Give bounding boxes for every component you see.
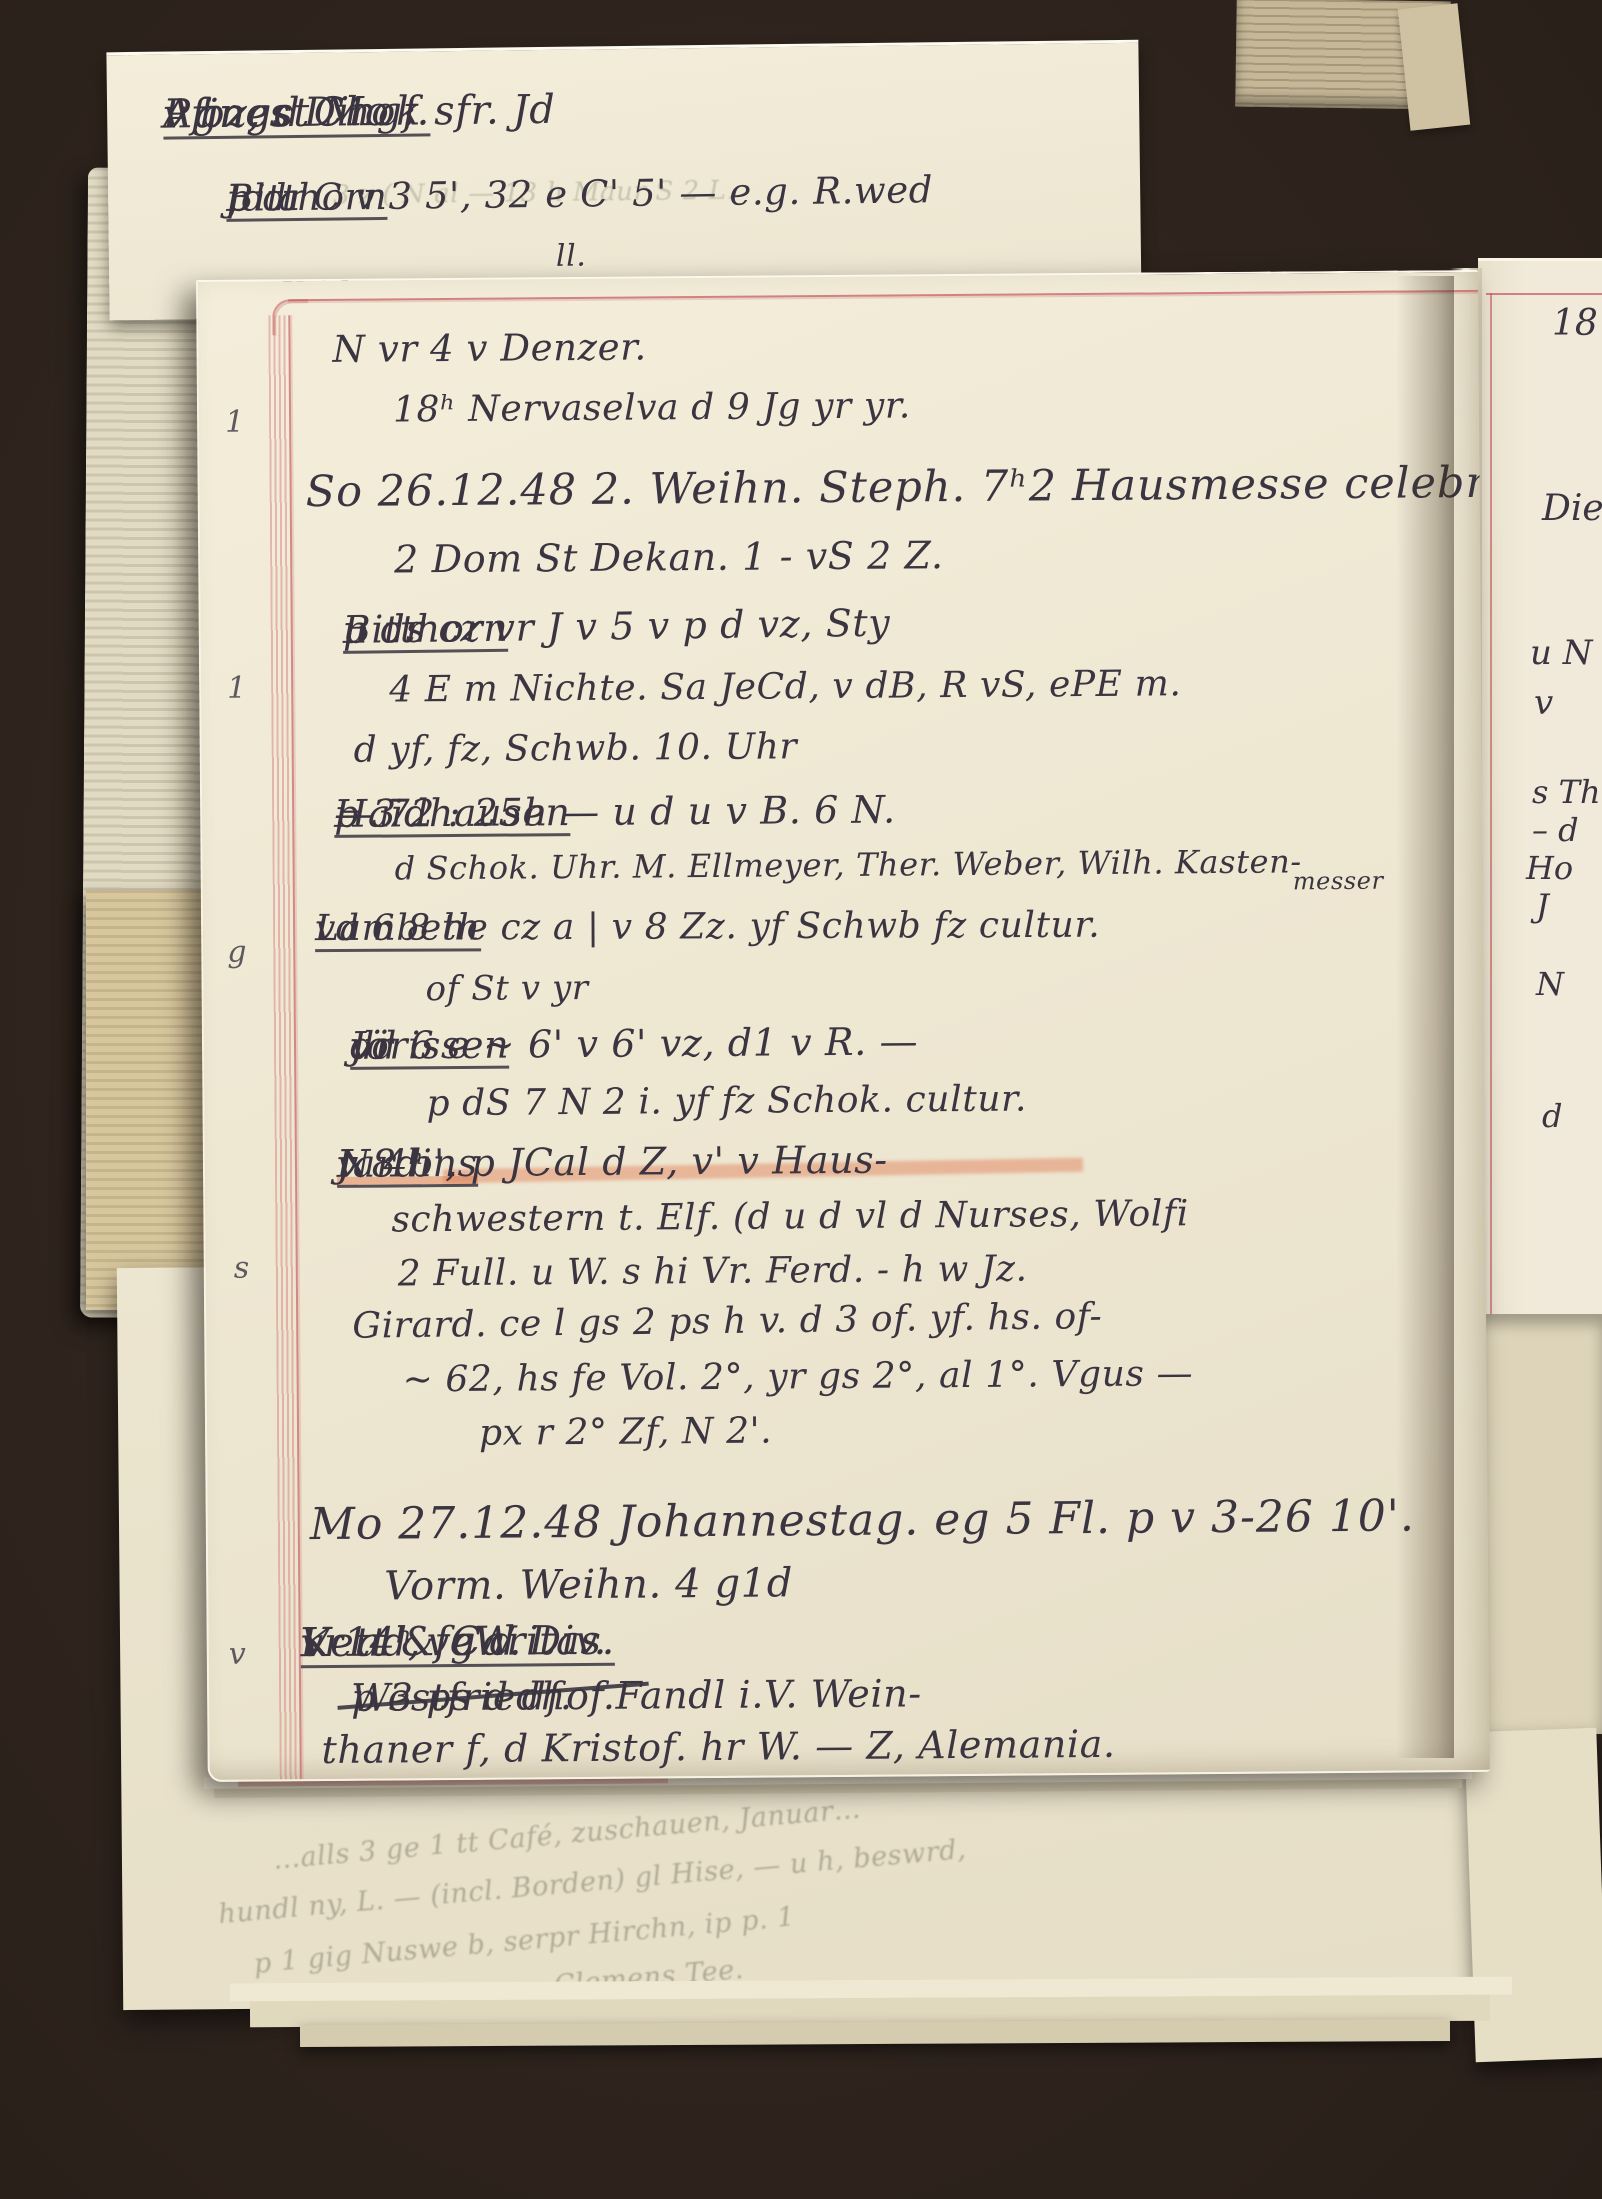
margin-mark: 1 (227, 674, 247, 704)
page-fragment: Ho (1526, 849, 1573, 887)
top-page-insert: ll. (556, 241, 587, 271)
margin-mark: g (227, 938, 247, 968)
page-fragment: J (1536, 887, 1549, 925)
red-margin-left (1490, 293, 1492, 1314)
insert-word: messer (1293, 869, 1384, 894)
page-fragment: d (1542, 1097, 1562, 1135)
page-fragment: Die (1542, 488, 1602, 529)
page-fragment: – d (1532, 811, 1579, 849)
page-fragment: v (1534, 683, 1553, 723)
page-edge (300, 2019, 1450, 2047)
margin-mark: s (234, 1254, 250, 1284)
right-facing-page: 18 Die u N v s Th – d Ho J N d (1478, 258, 1602, 1314)
page-fragment: s Th (1532, 773, 1601, 811)
red-margin-top (1486, 293, 1602, 295)
right-page-lower-edge (1478, 1314, 1602, 1734)
top-right-page-sliver (1398, 3, 1470, 131)
red-margin-top (288, 290, 1478, 301)
entry-line: p 3 ps d df. Westfriedhof. Fandl i.V. We… (351, 1677, 616, 1717)
left-book-block-edge (86, 890, 208, 1310)
page-fragment: N (1536, 965, 1564, 1003)
margin-mark: 1 (225, 408, 245, 438)
notebook-photo: 3 z ( N al — 13 h Maur S 2 L. Pfingst Mo… (0, 0, 1602, 2199)
main-page: 1 1 g s v messer N vr 4 v Denzer. 18ʰ Ne… (196, 270, 1490, 1782)
page-fragment: 18 (1552, 303, 1598, 344)
page-fragment: u N (1530, 633, 1592, 673)
margin-mark: v (229, 1640, 247, 1670)
